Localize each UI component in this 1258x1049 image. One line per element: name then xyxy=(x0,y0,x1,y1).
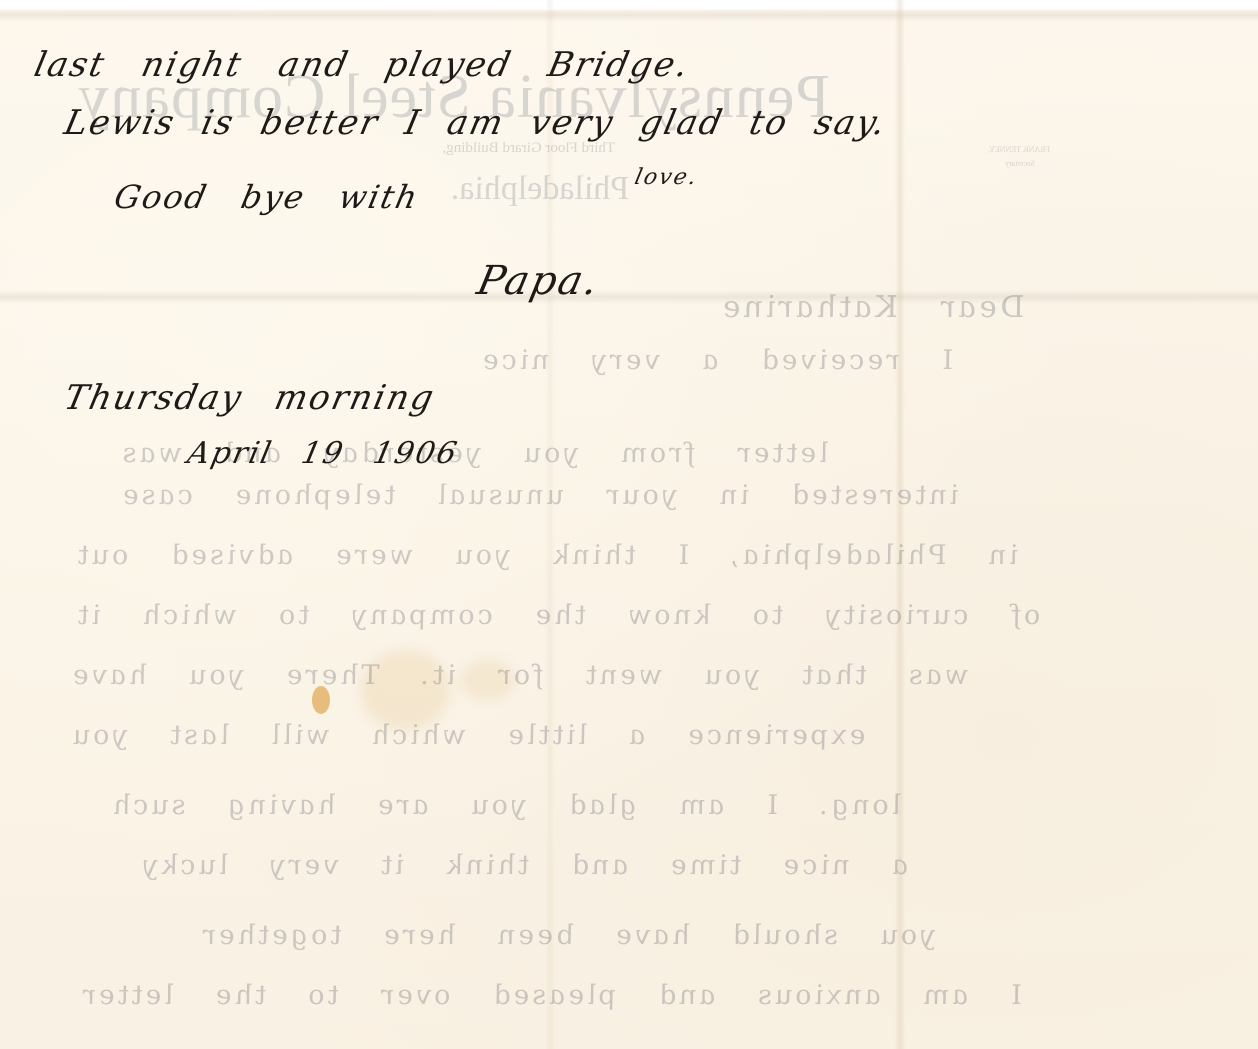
dateline-day: Thursday morning xyxy=(61,378,439,418)
letter-line-3: Good bye with xyxy=(111,178,423,216)
letter-line-1: last night and played Bridge. xyxy=(31,45,694,85)
dateline-date: April 19 1906 xyxy=(184,436,461,471)
bleed-line: I am anxious and pleased over to the let… xyxy=(77,980,1025,1011)
letterhead-officer-name: FRANK TENNEY, xyxy=(990,145,1050,154)
vertical-fold-line-left xyxy=(545,0,555,1049)
bleed-line: experience a little which will last you xyxy=(67,720,869,751)
bleed-line: in Philadelphia, I think you were advise… xyxy=(72,540,1022,571)
bleed-line: I received a very nice xyxy=(477,345,956,376)
vertical-fold-line xyxy=(895,0,905,1049)
signature: Papa. xyxy=(473,258,604,304)
horizontal-fold-line xyxy=(0,290,1258,304)
bleed-line: you should have been here together xyxy=(197,920,939,951)
bleed-line: long. I am glad you are having such xyxy=(107,790,904,821)
letterhead-city: Philadelphia. xyxy=(425,170,655,208)
bleed-salutation: Dear Katharine xyxy=(716,290,1028,325)
letterhead-officer-title: Secretary xyxy=(995,159,1045,168)
bleed-line: a nice time and think it very lucky xyxy=(137,850,912,881)
letter-line-2: Lewis is better I am very glad to say. xyxy=(61,103,891,143)
letter-paper xyxy=(0,0,1258,1049)
bleed-line: was that you went for it. There you have xyxy=(67,660,972,691)
letter-insert-love: love. xyxy=(632,165,700,190)
bleed-line: of curiosity to know the company to whic… xyxy=(72,600,1044,631)
bleed-line: interested in your unusual telephone cas… xyxy=(117,480,962,511)
horizontal-fold-line-top xyxy=(0,8,1258,22)
